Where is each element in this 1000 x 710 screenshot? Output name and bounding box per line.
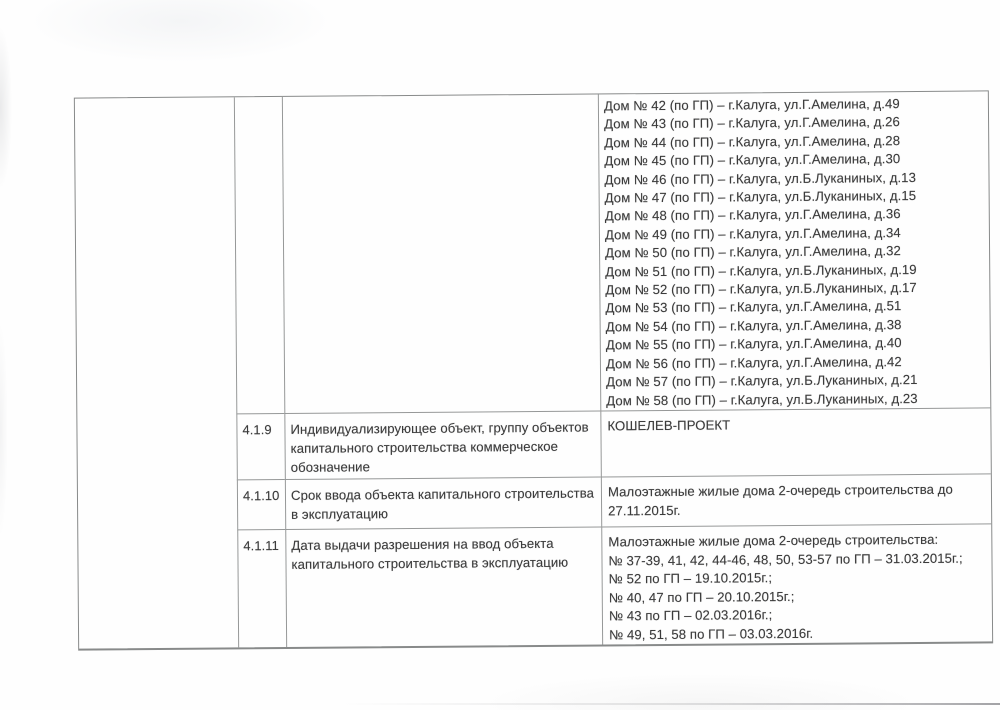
row-4-1-9-number: 4.1.9 (236, 413, 285, 479)
scan-edge-artifact (340, 703, 1000, 705)
row-4-1-11-number: 4.1.11 (237, 529, 286, 647)
text-line: № 37-39, 41, 42, 44-46, 48, 50, 53-57 по… (608, 549, 986, 571)
text-line: капитального строительства в эксплуатаци… (291, 553, 597, 575)
text-line: капитального строительства коммерческое (291, 437, 597, 459)
text-line: Индивидуализирующее объект, группу объек… (290, 418, 596, 440)
text-line: Малоэтажные жилые дома 2-очередь строите… (608, 530, 986, 552)
row-4-1-9-value: КОШЕЛЕВ-ПРОЕКТ (600, 407, 991, 476)
scan-edge-smudge (0, 28, 12, 188)
text-line: Малоэтажные жилые дома 2-очередь строите… (608, 480, 986, 502)
row-4-1-11-description: Дата выдачи разрешения на ввод объектака… (285, 526, 602, 646)
text-line: № 49, 51, 58 по ГП – 03.03.2016г. (609, 623, 987, 644)
text-line: обозначение (291, 456, 597, 478)
row-4-1-10-description: Срок ввода объекта капитального строител… (285, 476, 601, 528)
text-line: КОШЕЛЕВ-ПРОЕКТ (607, 414, 985, 436)
left-empty-cell (75, 97, 238, 648)
document-table: Дом № 42 (по ГП) – г.Калуга, ул.Г.Амелин… (74, 90, 993, 650)
text-line: в эксплуатацию (291, 503, 597, 525)
address-list-cell: Дом № 42 (по ГП) – г.Калуга, ул.Г.Амелин… (598, 91, 990, 410)
row-addresses-description-cell (282, 94, 600, 412)
text-line: Срок ввода объекта капитального строител… (291, 484, 597, 506)
text-line: 27.11.2015г. (608, 499, 986, 521)
row-4-1-9-description: Индивидуализирующее объект, группу объек… (284, 410, 601, 478)
row-4-1-10-number: 4.1.10 (237, 479, 285, 529)
text-line: Дата выдачи разрешения на ввод объекта (291, 534, 597, 556)
scan-edge-smudge (0, 320, 8, 540)
row-4-1-11-value: Малоэтажные жилые дома 2-очередь строите… (601, 523, 992, 644)
scanned-document-page: Дом № 42 (по ГП) – г.Калуга, ул.Г.Амелин… (0, 0, 1000, 710)
row-4-1-10-value: Малоэтажные жилые дома 2-очередь строите… (601, 473, 991, 526)
row-addresses-number-cell (234, 97, 284, 413)
